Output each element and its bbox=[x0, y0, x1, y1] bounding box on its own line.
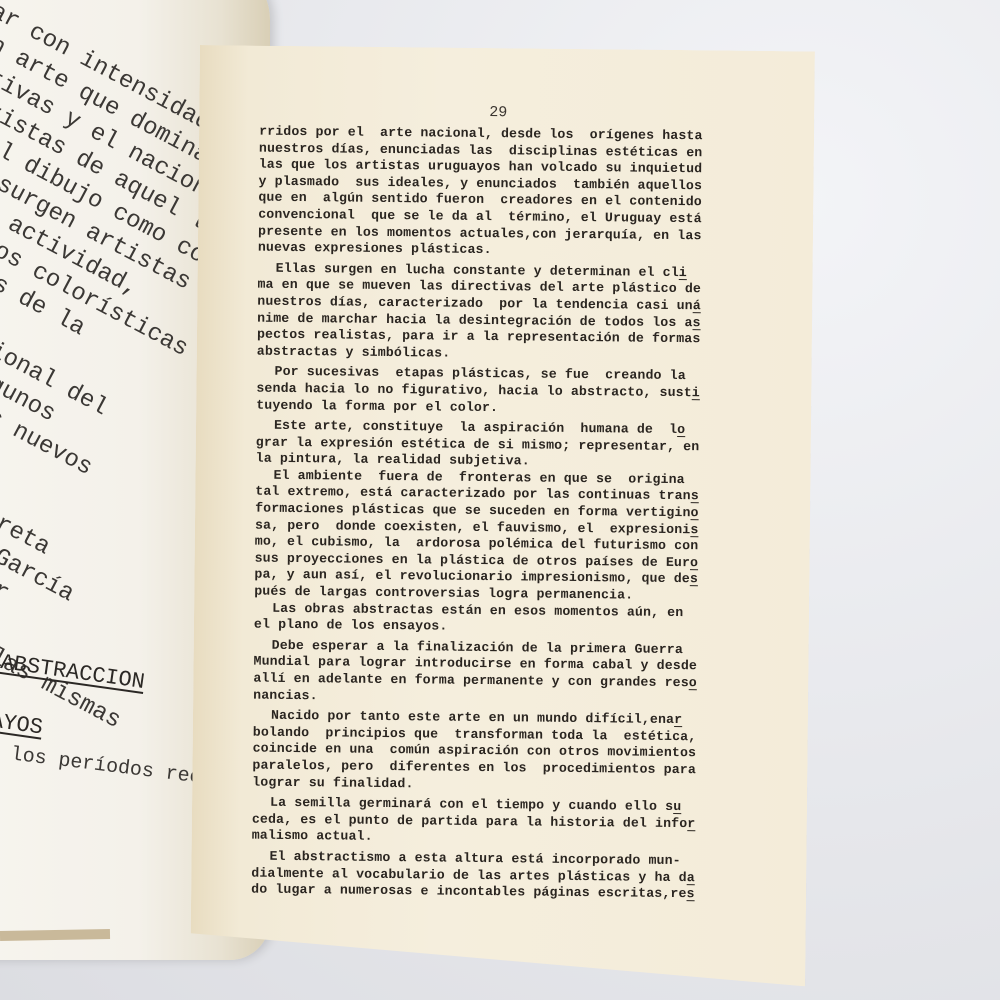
page-number: 29 bbox=[489, 104, 507, 121]
right-page: 29 rridos por el arte nacional, desde lo… bbox=[190, 45, 815, 986]
left-page-bottom-edge bbox=[0, 929, 110, 941]
right-page-text: rridos por el arte nacional, desde los o… bbox=[251, 124, 759, 904]
